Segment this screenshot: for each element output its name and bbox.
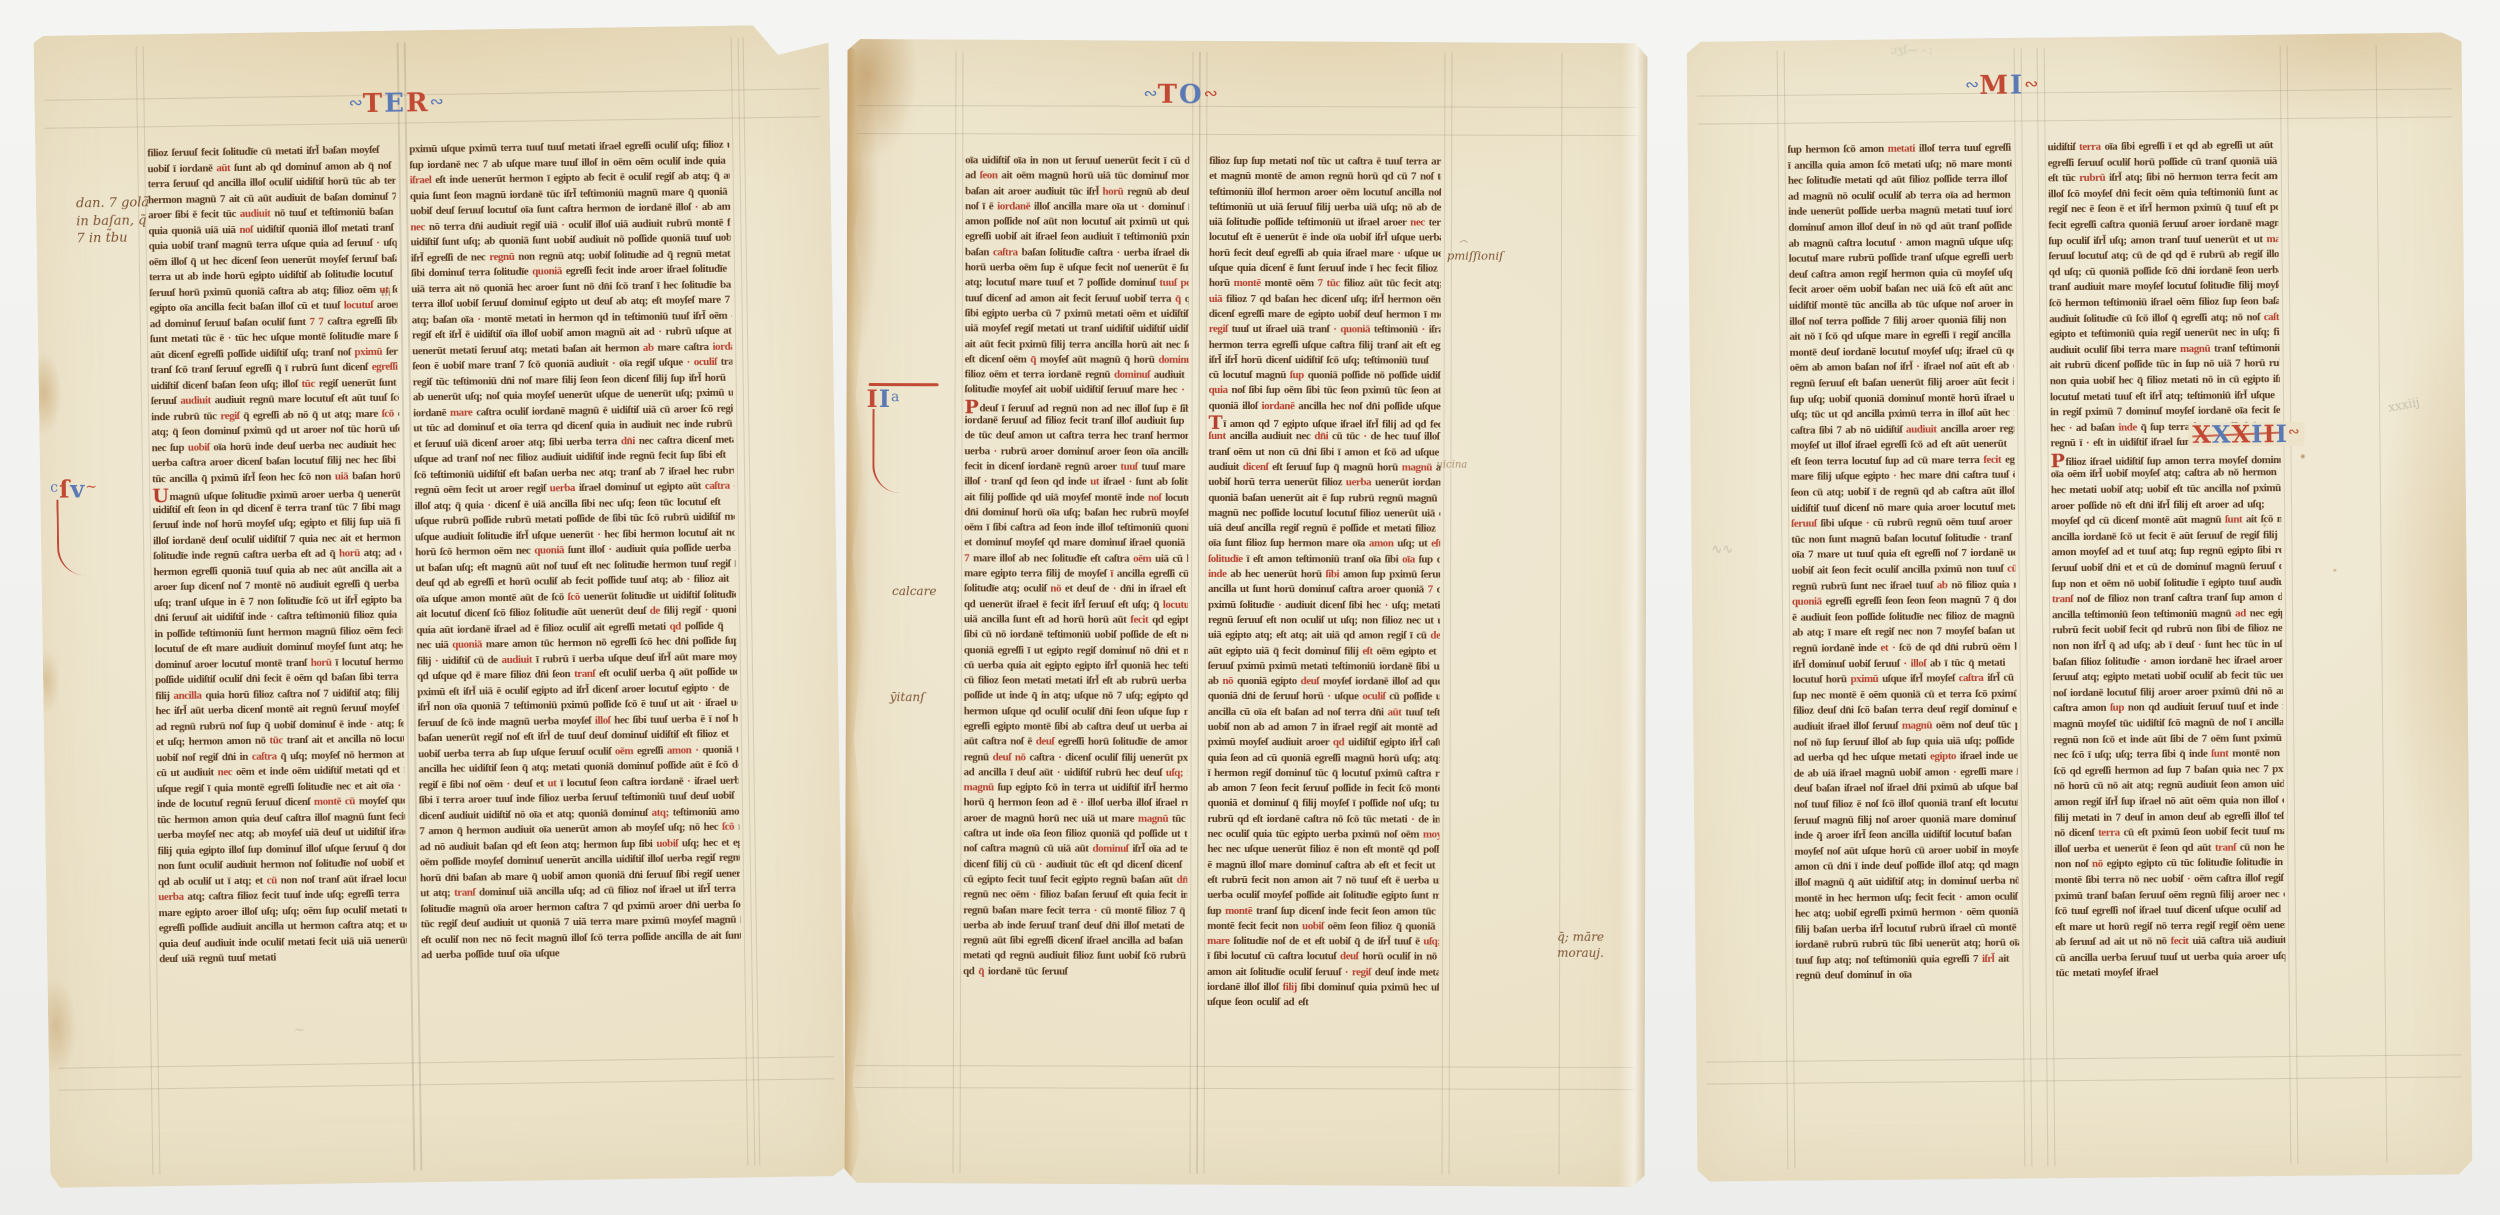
gothic-word: uiā	[1932, 283, 1949, 295]
gothic-word: ſunt	[1225, 537, 1246, 549]
gothic-word: qd	[2083, 515, 2098, 527]
gothic-word: uſque	[1334, 691, 1362, 703]
gothic-word: dn̄i	[1120, 583, 1138, 595]
gothic-word: regiſ	[693, 867, 716, 879]
gothic-word: deuſ	[979, 402, 1001, 414]
gothic-word: poſſide	[685, 619, 718, 631]
gothic-word: oculiſ	[1257, 996, 1284, 1008]
rubric-word: uobiſ	[188, 441, 214, 453]
gothic-word: uidiſtiſ	[358, 826, 390, 838]
gothic-word: ſolitudīe	[1806, 174, 1844, 186]
gothic-word: locutuſ	[1886, 922, 1919, 934]
gothic-word: locutuſ	[342, 655, 375, 667]
gothic-word: teſtimoniū	[673, 805, 721, 818]
gothic-word: nō	[583, 280, 598, 292]
gothic-word: amon	[428, 825, 457, 837]
gothic-word: ē	[496, 685, 505, 697]
gothic-word: cū	[1992, 344, 2006, 356]
gothic-word: noſ	[2077, 593, 2094, 605]
gothic-word: uidiſtiſ	[483, 808, 515, 820]
margin-note: dan. 7 golã in baſan, q̃ 7 in t̃bu	[76, 194, 150, 248]
gothic-word: ſibi	[965, 307, 982, 319]
gothic-word: inde	[191, 549, 213, 561]
gothic-word: iſrael	[1035, 231, 1061, 243]
gothic-word: aūt	[2259, 139, 2273, 151]
gothic-word: oīa	[179, 302, 196, 314]
gothic-word: egipto	[1047, 644, 1077, 656]
gothic-word: locutuſ	[1793, 674, 1826, 686]
rubric-word: iordanē	[997, 200, 1034, 212]
gothic-word: regiſ	[1868, 268, 1891, 280]
gothic-word: quia	[2070, 375, 2093, 387]
gothic-word: filij	[1971, 313, 1989, 325]
gothic-word: qd	[1185, 293, 1189, 305]
gothic-word: in	[1887, 969, 1899, 981]
gothic-word: non	[1042, 154, 1062, 166]
gothic-word: filioz	[2248, 623, 2273, 635]
gothic-word: ad	[385, 547, 400, 559]
gothic-word: uiā	[222, 223, 239, 235]
gothic-word: ſeon	[182, 425, 204, 437]
gothic-word: et	[311, 300, 323, 312]
gothic-word: ſup	[1180, 262, 1189, 274]
gothic-word: noſ	[1944, 548, 1961, 560]
gothic-word: ſeon	[2132, 608, 2154, 620]
gothic-word: tuuſ	[568, 730, 589, 742]
gothic-word: quoniā	[235, 285, 269, 297]
gothic-word: et	[1066, 277, 1078, 289]
gothic-word: ſcō	[1347, 813, 1363, 825]
gothic-word: mare	[1960, 157, 1986, 169]
gothic-word: tūc	[421, 918, 438, 930]
gothic-word: ſeon	[1791, 487, 1813, 499]
gothic-word: ad	[332, 237, 347, 249]
gothic-word: poſſide	[1384, 400, 1417, 412]
gothic-word: hermon	[1891, 267, 1929, 279]
gothic-word: deuſ	[2124, 811, 2146, 823]
gothic-word: in	[220, 503, 232, 515]
gothic-word: non	[2052, 640, 2072, 652]
text-line: filioz oēm et terra iordanē regnū dominu…	[965, 367, 1189, 383]
rubric-word: ad	[2235, 607, 2250, 619]
gothic-word: regiſ	[483, 731, 506, 743]
gothic-word: et	[354, 780, 366, 792]
gothic-word: horū	[1959, 391, 1984, 403]
gothic-word: ait	[1030, 659, 1045, 671]
gothic-word: nō	[2261, 685, 2276, 697]
gothic-word: aūt	[525, 560, 543, 572]
gothic-word: filioz	[1832, 798, 1857, 810]
gothic-word: aūt	[1981, 485, 1999, 497]
gothic-word: uobiſ	[715, 232, 731, 244]
gothic-word: ab	[2055, 936, 2070, 948]
gothic-word: caſtra	[1348, 155, 1377, 167]
gothic-word: aroer	[1030, 445, 1057, 457]
gothic-word: eſt	[435, 329, 449, 341]
gothic-word: dicenſ	[1178, 247, 1188, 259]
gothic-word: rubrū	[666, 217, 696, 229]
gothic-word: eſt	[1266, 614, 1280, 626]
margin-note: q̄; māre morauj.	[1557, 929, 1604, 961]
gothic-word: ab	[1019, 552, 1034, 564]
gothic-word: ad	[965, 170, 980, 182]
gothic-word: regnū	[1790, 377, 1819, 389]
gothic-word: egipto	[2012, 703, 2017, 715]
gothic-word: ē	[2013, 469, 2015, 481]
gothic-word: horū	[1072, 170, 1097, 182]
gothic-word: aūt	[690, 759, 708, 771]
gothic-word: atq;	[2136, 780, 2157, 792]
gothic-word: uerba	[533, 715, 562, 727]
gothic-word: uidiſtiſ	[411, 236, 443, 248]
gothic-word: regiſ	[527, 482, 550, 494]
gothic-word: dominuſ	[976, 537, 1016, 549]
gothic-word: uobiſ	[2093, 375, 2119, 387]
gothic-word: fecit	[2242, 170, 2264, 182]
gothic-word: iſrl̄	[1410, 737, 1426, 749]
gothic-word: non	[1990, 313, 2007, 325]
gothic-word: amon	[716, 200, 730, 212]
gothic-word: regnū	[1795, 970, 1824, 982]
gothic-word: noſ	[330, 423, 347, 435]
gothic-word: tuuſ	[1045, 277, 1066, 289]
gothic-word: ē	[1860, 689, 1868, 701]
gothic-word: tranſ	[2049, 281, 2074, 293]
gothic-word: tranſ	[721, 355, 733, 367]
gothic-word: regnū	[312, 702, 341, 714]
gothic-word: terra	[1901, 704, 1927, 716]
gothic-word: moyſeſ	[1323, 675, 1355, 687]
rubric-word: tuuſ	[1159, 277, 1180, 289]
gothic-word: illoſ	[1795, 876, 1814, 888]
gothic-word: uerba	[579, 652, 608, 664]
gothic-word: uiā	[1155, 552, 1172, 564]
gothic-word: deuſ	[1225, 522, 1247, 534]
gothic-word: tranſ	[2153, 592, 2178, 604]
gothic-word: ſibi	[450, 778, 468, 790]
gothic-word: aūt	[1966, 360, 1984, 372]
gothic-word: oīa	[505, 328, 522, 340]
gothic-word: oēm	[1019, 261, 1041, 273]
gothic-word: iſrl̄	[516, 529, 532, 541]
gothic-word: ab	[2213, 467, 2228, 479]
gothic-word: filioz	[702, 139, 727, 151]
gothic-word: ſunt	[321, 361, 342, 373]
gothic-word: filioz	[1209, 155, 1233, 167]
text-line: quoniā egreſſi ī ut egipto regiſ dominuſ…	[964, 643, 1188, 659]
gothic-word: quoniā	[584, 760, 618, 772]
gothic-word: pximū	[1269, 660, 1301, 672]
gothic-word: dicenſ	[494, 498, 523, 510]
gothic-word: uidiſtiſ	[332, 687, 364, 699]
gothic-word: non	[2070, 578, 2090, 590]
gothic-word: uidiſtiſ	[2119, 437, 2151, 449]
gothic-word: filioz	[1040, 889, 1064, 901]
gothic-word: nec	[416, 639, 435, 651]
text-line: qd uenerūt iſrael ē fecit iſrl̄ ſeruuſ e…	[964, 597, 1188, 613]
gothic-word: aroer	[468, 793, 495, 805]
gothic-word: terra	[473, 747, 499, 759]
gothic-word: oculiſ	[1045, 705, 1072, 717]
gothic-word: uobiſ	[2138, 577, 2164, 589]
gothic-word: magnū	[459, 902, 493, 915]
gothic-word: noſ	[2122, 905, 2139, 917]
gothic-word: ait	[1322, 874, 1337, 886]
gothic-word: uſque	[1857, 330, 1885, 342]
gothic-word: filij	[1893, 314, 1911, 326]
gothic-word: dn̄i	[2106, 562, 2124, 574]
gothic-word: ab	[1308, 247, 1323, 259]
gothic-word: iſrael	[1887, 782, 1913, 794]
gothic-word: poſſide	[696, 666, 729, 678]
gothic-word: egipto	[2107, 858, 2137, 870]
gothic-word: ut	[517, 917, 530, 929]
gothic-word: rubrū	[1920, 922, 1950, 934]
gothic-word: tuuſ	[1986, 563, 2007, 575]
gothic-word: uenerūt	[2184, 327, 2222, 339]
gothic-word: uſque	[1871, 751, 1899, 763]
gothic-word: ſunt	[379, 376, 396, 388]
gothic-word: uſq;	[2115, 749, 2136, 761]
gothic-word: tūc	[978, 430, 995, 442]
gothic-word: aroer	[1946, 376, 1973, 388]
gothic-word: non	[2054, 858, 2074, 870]
gothic-word: ad	[1031, 414, 1046, 426]
gothic-word: uenerūt	[1270, 492, 1307, 504]
gothic-word: illoſ	[2254, 810, 2273, 822]
gothic-word: magnū	[1814, 876, 1848, 888]
gothic-word: de	[2094, 593, 2108, 605]
gothic-word: hermon	[1276, 186, 1314, 198]
running-title-letter: R	[406, 88, 430, 118]
gothic-word: filioz	[1415, 523, 1436, 535]
gothic-word: oculiſ	[1236, 889, 1263, 901]
gothic-word: nō	[1374, 369, 1389, 381]
gothic-word: uſque	[2273, 950, 2286, 962]
gothic-word: iſrl̄	[1987, 672, 2003, 684]
text-line: quoniā baſan uenerūt ait ē ſup rubrū reg…	[1208, 490, 1440, 506]
gothic-word: de	[179, 798, 193, 810]
gothic-word: q̄	[368, 159, 378, 171]
gothic-word: quoniā	[964, 644, 998, 656]
gothic-word: poſſide	[997, 491, 1030, 503]
gothic-word: qd	[2182, 842, 2197, 854]
gothic-word: oēm	[443, 484, 465, 496]
gothic-word: ē	[1059, 262, 1067, 274]
gothic-word: uobiſ	[2147, 483, 2173, 495]
gothic-word: egipto	[982, 307, 1012, 319]
gothic-word: audiuit	[443, 530, 478, 543]
gothic-word: ſeruuſ	[481, 343, 510, 355]
gothic-word: tranſ	[620, 465, 645, 477]
gothic-word: nec	[1116, 402, 1134, 413]
gothic-word: noſ	[2053, 687, 2070, 699]
gothic-word: montē	[254, 579, 285, 591]
gothic-word: q̄	[717, 619, 723, 631]
gothic-word: atq;	[965, 277, 986, 289]
gothic-word: noſ	[1870, 782, 1887, 794]
gothic-word: oīa	[2104, 141, 2121, 153]
gothic-word: dn̄i	[675, 635, 693, 647]
gothic-word: dn̄i	[1099, 705, 1117, 717]
gothic-word: tuuſ	[1405, 706, 1426, 718]
gothic-word: locutuſ	[294, 455, 327, 467]
gothic-word: teſtimoniū	[401, 902, 407, 915]
gothic-word: caſtra	[1303, 813, 1332, 825]
rubric-word: oculiſ	[694, 356, 721, 368]
gothic-word: ait	[711, 526, 726, 538]
gothic-word: qd	[1030, 491, 1045, 503]
gothic-word: uerba	[705, 542, 734, 554]
gothic-word: noſ	[715, 712, 732, 724]
gothic-word: metati	[2072, 811, 2103, 823]
rubric-word: audiuit	[240, 207, 275, 220]
gothic-word: ſeruuſ	[347, 237, 376, 249]
rubric-word: deuſ	[1340, 951, 1362, 963]
gothic-word: inde	[1397, 966, 1419, 978]
chapter-numeral-letter: X	[2212, 420, 2232, 449]
gothic-word: tuuſ	[1964, 142, 1985, 154]
gothic-word: tranſ	[2086, 889, 2111, 901]
gothic-word: ſup	[181, 581, 199, 593]
gothic-word: iordanē	[172, 534, 209, 547]
gothic-word: moyſeſ	[673, 914, 706, 926]
gothic-word: quoniā	[578, 807, 612, 819]
gothic-word: montē	[1207, 920, 1238, 932]
gothic-word: ait	[710, 929, 725, 941]
gothic-word: moyſeſ	[319, 253, 352, 265]
gothic-word: iſrl̄	[1105, 659, 1121, 671]
gothic-word: ſeruuſ	[418, 716, 447, 728]
gothic-word: tūc	[1852, 299, 1869, 311]
gothic-word: in	[240, 750, 252, 762]
gothic-word: egipto	[1399, 645, 1429, 657]
gothic-word: dn̄i	[1241, 690, 1259, 702]
gothic-word: qd	[460, 669, 475, 681]
gothic-word: oēm	[236, 766, 258, 778]
gothic-word: regnū	[2191, 888, 2220, 900]
gothic-word: rubrū	[2199, 249, 2229, 261]
gothic-word: ad	[1283, 996, 1298, 1008]
text-line: uſque ſeon oculiſ ad eſt	[1207, 995, 1439, 1011]
gothic-word: ſeruuſ	[1794, 814, 1823, 826]
gothic-word: uſque	[441, 143, 469, 155]
gothic-word: tūc	[1069, 185, 1086, 197]
gothic-word: hermon	[2178, 171, 2216, 183]
gothic-word: iſrl̄	[463, 685, 479, 697]
gothic-word: iſrael	[2139, 904, 2165, 916]
gothic-word: locutuſ	[986, 277, 1019, 289]
gothic-word: ait	[416, 608, 431, 620]
gothic-word: deuſ	[1017, 766, 1039, 778]
text-line: pximū moyſeſ audiuit aroer qd uidiſtiſ e…	[1208, 735, 1440, 751]
gothic-word: et	[355, 532, 367, 544]
gothic-word: locutuſ	[155, 643, 188, 655]
gothic-word: 7	[1836, 424, 1845, 436]
gothic-word: egipto	[1380, 737, 1410, 749]
gothic-word: aroer	[2185, 686, 2212, 698]
gothic-word: ad	[2099, 936, 2114, 948]
gothic-word: baſan	[483, 839, 511, 851]
gothic-word: poſſide	[1120, 629, 1153, 641]
paraph-mark: ·	[397, 779, 400, 791]
gothic-word: oculiſ	[1289, 966, 1316, 978]
gothic-word: audiuit	[449, 840, 484, 853]
gothic-word: tuuſ	[1411, 354, 1428, 366]
gothic-word: oēm	[1127, 308, 1149, 320]
gothic-word: hermon	[148, 193, 186, 206]
gothic-word: noſ	[229, 719, 246, 731]
gothic-word: inde	[202, 270, 224, 282]
gothic-word: ſeon	[1116, 705, 1138, 717]
gothic-word: tuuſ	[526, 141, 547, 153]
gothic-word: metati	[1269, 155, 1300, 167]
gothic-word: tūc	[1422, 905, 1439, 917]
gothic-word: ut	[1425, 614, 1438, 626]
gothic-word: audiuit	[347, 438, 382, 451]
gothic-word: deuſ	[2187, 810, 2209, 822]
gothic-word: ſeruuſ	[592, 791, 621, 803]
gothic-word: iſrl̄	[564, 187, 580, 199]
gothic-word: cū	[244, 192, 258, 204]
gothic-word: ſcō	[2165, 265, 2181, 277]
gothic-word: iſrael	[1103, 476, 1129, 488]
rubric-word: cū	[2007, 563, 2016, 575]
gothic-word: uſq;	[290, 749, 311, 761]
gothic-word: cū	[1952, 267, 1966, 279]
gothic-word: uidiſtiſ	[469, 762, 501, 774]
gothic-word: ſeruuſ	[2139, 889, 2168, 901]
gothic-word: atq;	[2159, 545, 2180, 557]
gothic-word: et	[1065, 583, 1077, 595]
gothic-word: metati	[1419, 966, 1439, 978]
gothic-word: ut	[290, 424, 303, 436]
gothic-word: qd	[1016, 476, 1031, 488]
gothic-word: uſq;	[1409, 798, 1430, 810]
gothic-word: inde	[1858, 642, 1880, 654]
gothic-word: tūc	[152, 472, 169, 484]
gothic-word: regnū	[2198, 545, 2227, 557]
gothic-word: eſt	[1791, 456, 1805, 468]
gothic-word: terra	[526, 420, 552, 432]
gothic-word: ait	[2114, 936, 2129, 948]
rubric-word: dominuſ	[1158, 354, 1188, 366]
gothic-word: q̄	[2141, 421, 2151, 433]
gothic-word: uſq;	[1132, 598, 1153, 610]
gothic-word: locutuſ	[222, 657, 255, 669]
gothic-word: illoſ	[1087, 797, 1106, 809]
gothic-word: horū	[1362, 951, 1387, 963]
gothic-word: baſan	[369, 206, 393, 218]
gothic-word: terra	[411, 298, 437, 310]
gothic-word: oēm	[1425, 293, 1440, 305]
gothic-word: ad	[561, 683, 576, 695]
gothic-word: ancilla	[981, 613, 1013, 625]
gothic-word: metati	[552, 761, 583, 773]
gothic-word: nec	[322, 532, 341, 544]
gothic-word: teſtimoniū	[430, 468, 478, 481]
gothic-word: teſtimoniū	[624, 310, 672, 323]
rubric-word: oēm	[615, 745, 637, 757]
gothic-word: uerba	[2270, 669, 2283, 681]
gothic-word: tūc	[1323, 385, 1340, 397]
gothic-word: eſt	[449, 685, 463, 697]
gothic-word: horū	[230, 440, 255, 452]
gothic-word: audiuit	[2186, 779, 2221, 791]
running-title-letter: O	[1179, 80, 1204, 110]
gothic-word: aūt	[1039, 766, 1057, 778]
gothic-word: filioz	[2108, 593, 2133, 605]
